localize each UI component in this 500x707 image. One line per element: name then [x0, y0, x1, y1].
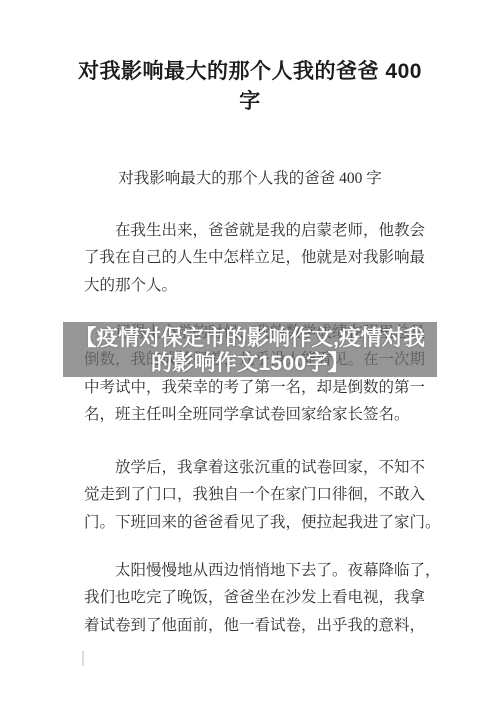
paragraph-line: 大的那个人。 [84, 272, 456, 299]
watermark-overlay[interactable]: 【疫情对保定市的影响作文,疫情对我 的影响作文1500字】 [63, 322, 437, 377]
paragraph-line: 太阳慢慢地从西边悄悄地下去了。夜幕降临了， [84, 557, 456, 584]
paragraph-line: 中考试中，我荣幸的考了第一名，却是倒数的第一 [84, 374, 456, 401]
page-title-line: 对我影响最大的那个人我的爸爸 400 [0, 57, 500, 87]
watermark-text-line: 【疫情对保定市的影响作文,疫情对我 [63, 326, 437, 351]
paragraph-line: 着试卷到了他面前，他一看试卷，出乎我的意料， [84, 612, 456, 639]
paragraph: 太阳慢慢地从西边悄悄地下去了。夜幕降临了， 我们也吃完了晚饭，爸爸坐在沙发上看电… [84, 557, 456, 639]
paragraph: 放学后，我拿着这张沉重的试卷回家，不知不 觉走到了门口，我独自一个在家门口徘徊，… [84, 454, 456, 536]
paragraph-line: 名，班主任叫全班同学拿试卷回家给家长签名。 [84, 401, 456, 428]
page-title-line: 字 [0, 87, 500, 117]
paragraph-line: 了我在自己的人生中怎样立足，他就是对我影响最 [84, 244, 456, 271]
paragraph-line: 放学后，我拿着这张沉重的试卷回家，不知不 [84, 454, 456, 481]
stray-mark [82, 651, 84, 666]
page-title: 对我影响最大的那个人我的爸爸 400 字 [0, 57, 500, 117]
paragraph-line: 门。下班回来的爸爸看见了我，便拉起我进了家门。 [84, 509, 456, 536]
paragraph-line: 在我生出来，爸爸就是我的启蒙老师，他教会 [84, 217, 456, 244]
paragraph-line: 觉走到了门口，我独自一个在家门口徘徊，不敢入 [84, 481, 456, 508]
paragraph: 在我生出来，爸爸就是我的启蒙老师，他教会 了我在自己的人生中怎样立足，他就是对我… [84, 217, 456, 299]
article-subtitle: 对我影响最大的那个人我的爸爸 400 字 [0, 165, 500, 192]
watermark-text-line: 的影响作文1500字】 [63, 351, 437, 376]
document-page: 对我影响最大的那个人我的爸爸 400 字 对我影响最大的那个人我的爸爸 400 … [0, 0, 500, 707]
paragraph-line: 我们也吃完了晚饭，爸爸坐在沙发上看电视，我拿 [84, 584, 456, 611]
